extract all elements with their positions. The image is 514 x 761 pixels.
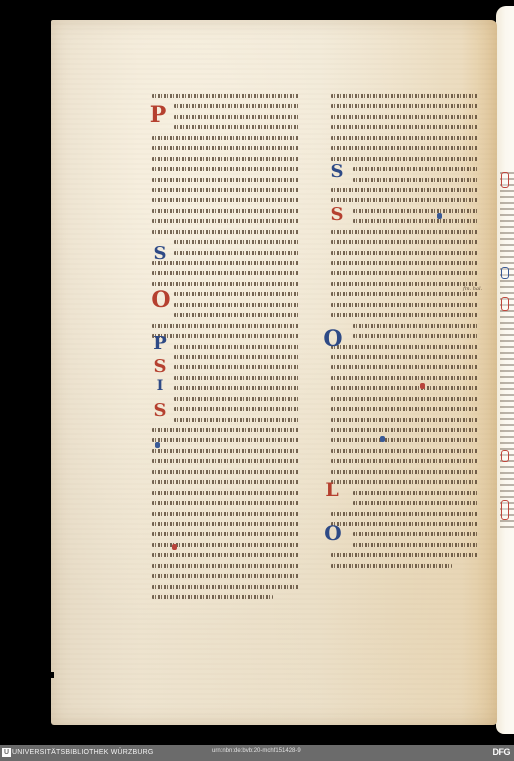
decorated-initial: S [330,161,344,181]
text-line [152,530,299,538]
text-line [152,217,299,225]
ink-stroke [152,198,299,202]
ink-stroke [331,198,478,202]
text-line [152,520,299,528]
text-line [331,269,478,277]
ink-stroke [331,355,478,359]
ink-stroke [331,157,478,161]
ink-stroke [353,178,478,182]
ink-stroke [331,449,478,453]
ink-stroke [331,292,478,296]
text-line [331,280,478,288]
text-line [152,269,299,277]
ink-stroke [174,355,299,359]
ink-stroke [331,522,478,526]
ink-stroke [331,365,478,369]
text-line [152,186,299,194]
text-line [152,196,299,204]
text-line [152,165,299,173]
text-line [152,259,299,267]
decorated-initial: P [150,104,166,126]
text-line [331,217,478,225]
text-line [152,562,299,570]
ink-stroke [331,553,478,557]
text-line [331,249,478,257]
ink-stroke [353,543,478,547]
ink-stroke [353,219,478,223]
ink-stroke [152,564,299,568]
text-line [152,405,299,413]
ink-stroke [152,428,299,432]
text-line [331,259,478,267]
text-line [152,343,299,351]
text-line [152,332,299,340]
ink-stroke [152,282,299,286]
text-line [152,290,299,298]
ink-stroke [174,376,299,380]
text-line [331,176,478,184]
text-column-left [152,92,299,603]
ink-stroke [331,407,478,411]
ink-stroke [152,532,299,536]
facing-initial-blue [501,267,509,279]
dfg-logo[interactable]: DFG [493,747,511,757]
facing-initial-red [501,172,509,188]
ink-stroke [152,230,299,234]
ink-stroke [152,261,299,265]
text-line [152,176,299,184]
text-line [331,155,478,163]
text-line [331,332,478,340]
decorated-initial: P [153,333,167,353]
text-line [331,186,478,194]
margin-note: fm. hal. [463,286,482,292]
ink-stroke [152,595,273,599]
text-line [152,384,299,392]
text-line [331,196,478,204]
text-line [152,144,299,152]
library-name: UNIVERSITÄTSBIBLIOTHEK WÜRZBURG [12,749,154,756]
text-line [331,238,478,246]
ink-stroke [174,240,299,244]
text-line [152,113,299,121]
ink-stroke [331,397,478,401]
manuscript-viewer[interactable]: P S O P S I S S S O L O fm. hal. [0,0,514,745]
ink-stroke [331,94,478,98]
text-line [152,207,299,215]
decorated-initial: O [150,290,172,310]
text-line [152,436,299,444]
ink-stroke [331,115,478,119]
text-column-right [331,92,478,572]
decorated-initial: O [325,522,341,544]
text-line [331,123,478,131]
ink-stroke [174,365,299,369]
text-line [152,457,299,465]
ink-stroke [353,501,478,505]
paraph-mark [172,544,177,550]
text-line [331,311,478,319]
ink-stroke [152,574,299,578]
text-line [152,311,299,319]
decorated-initial: S [153,243,167,263]
ink-stroke [353,209,478,213]
text-line [152,572,299,580]
ink-stroke [152,209,299,213]
text-line [331,343,478,351]
text-line [152,301,299,309]
text-line [152,395,299,403]
text-line [152,353,299,361]
text-line [331,457,478,465]
text-line [331,468,478,476]
ink-stroke [331,240,478,244]
ink-stroke [331,459,478,463]
text-line [331,541,478,549]
text-line [331,353,478,361]
ink-stroke [331,512,478,516]
text-line [331,426,478,434]
urn-identifier[interactable]: urn:nbn:de:bvb:20-mchf151428-9 [212,748,301,754]
decorated-initial: L [325,480,339,500]
ink-stroke [174,125,299,129]
paraph-mark [380,436,385,442]
ink-stroke [152,178,299,182]
ink-stroke [152,157,299,161]
text-line [331,113,478,121]
text-line [331,384,478,392]
text-line [331,165,478,173]
footer-bar: U UNIVERSITÄTSBIBLIOTHEK WÜRZBURG urn:nb… [0,745,514,761]
ink-stroke [152,449,299,453]
ink-stroke [331,345,478,349]
ink-stroke [353,532,478,536]
text-line [331,228,478,236]
text-line [331,551,478,559]
text-line [152,551,299,559]
facing-page-text [500,168,514,528]
text-line [331,447,478,455]
ink-stroke [331,125,478,129]
text-line [152,280,299,288]
ink-stroke [152,219,299,223]
text-line [331,510,478,518]
ink-stroke [331,303,478,307]
text-line [152,374,299,382]
text-line [152,155,299,163]
ink-stroke [174,345,299,349]
ink-stroke [152,491,299,495]
ink-stroke [152,94,299,98]
ink-stroke [331,438,478,442]
text-line [331,499,478,507]
text-line [331,144,478,152]
library-logo[interactable]: U UNIVERSITÄTSBIBLIOTHEK WÜRZBURG [2,748,154,757]
ink-stroke [174,386,299,390]
page-edge-notch [49,672,54,678]
ink-stroke [174,407,299,411]
text-line [152,228,299,236]
text-line [331,374,478,382]
text-line [152,123,299,131]
ink-stroke [331,188,478,192]
ink-stroke [331,271,478,275]
ink-stroke [331,313,478,317]
ink-stroke [174,303,299,307]
text-line [331,520,478,528]
text-line [331,478,478,486]
ink-stroke [331,386,478,390]
text-line [152,92,299,100]
ink-stroke [174,104,299,108]
text-line [331,436,478,444]
ink-stroke [152,167,299,171]
decorated-initial: I [156,378,164,394]
ink-stroke [353,334,478,338]
ink-stroke [152,146,299,150]
ink-stroke [152,459,299,463]
ink-stroke [152,271,299,275]
text-line [331,102,478,110]
text-line [152,593,299,601]
ink-stroke [331,480,478,484]
facing-initial-red [501,297,509,311]
paraph-mark [437,213,442,219]
decorated-initial: O [322,329,344,349]
text-line [152,447,299,455]
ink-stroke [152,585,299,589]
ink-stroke [353,167,478,171]
text-line [331,322,478,330]
text-line [331,562,478,570]
paraph-mark [420,383,425,389]
ink-stroke [152,470,299,474]
ink-stroke [331,564,452,568]
library-logo-icon: U [2,748,11,757]
text-line [331,290,478,298]
ink-stroke [152,512,299,516]
ink-stroke [152,522,299,526]
ink-stroke [152,480,299,484]
facing-initial-red [501,500,509,520]
text-line [331,363,478,371]
ink-stroke [331,136,478,140]
decorated-initial: S [153,400,167,420]
text-line [152,322,299,330]
ink-stroke [152,324,299,328]
text-line [152,489,299,497]
ink-stroke [152,136,299,140]
ink-stroke [152,501,299,505]
text-line [152,468,299,476]
text-line [152,102,299,110]
ink-stroke [331,418,478,422]
text-line [331,405,478,413]
ink-stroke [152,438,299,442]
ink-stroke [353,491,478,495]
text-line [331,92,478,100]
text-line [331,530,478,538]
text-line [152,416,299,424]
ink-stroke [331,470,478,474]
ink-stroke [331,282,478,286]
text-line [152,583,299,591]
ink-stroke [174,397,299,401]
text-line [331,489,478,497]
ink-stroke [331,261,478,265]
ink-stroke [152,334,299,338]
text-line [331,301,478,309]
text-line [152,134,299,142]
facing-initial-red [501,450,509,462]
ink-stroke [353,324,478,328]
text-line [152,249,299,257]
ink-stroke [174,418,299,422]
text-line [152,478,299,486]
text-line [331,134,478,142]
ink-stroke [174,115,299,119]
text-line [152,510,299,518]
text-line [152,426,299,434]
ink-stroke [174,313,299,317]
text-line [152,499,299,507]
ink-stroke [331,146,478,150]
text-line [331,395,478,403]
ink-stroke [152,553,299,557]
text-line [331,207,478,215]
ink-stroke [331,428,478,432]
ink-stroke [152,188,299,192]
text-line [152,363,299,371]
ink-stroke [331,230,478,234]
decorated-initial: S [330,204,344,224]
ink-stroke [331,376,478,380]
decorated-initial: S [153,356,167,376]
text-line [331,416,478,424]
ink-stroke [331,251,478,255]
ink-stroke [174,251,299,255]
ink-stroke [174,292,299,296]
ink-stroke [331,104,478,108]
text-line [152,238,299,246]
paraph-mark [155,442,160,448]
